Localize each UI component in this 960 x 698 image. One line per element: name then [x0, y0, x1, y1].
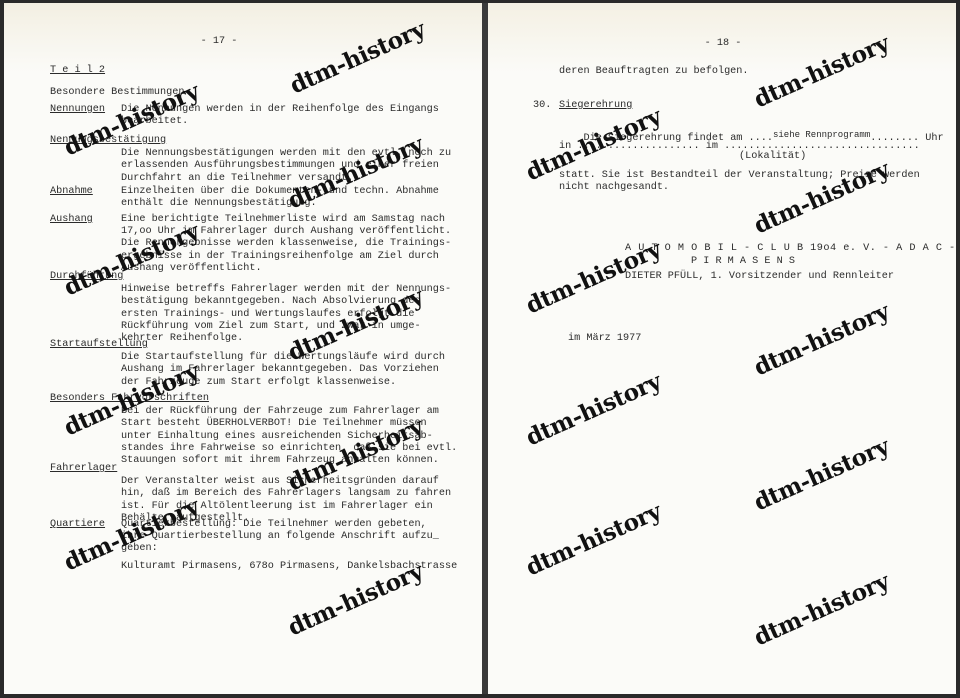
- section-body-line: Einzelheiten über die Dokumenten- und te…: [121, 186, 439, 198]
- section-body-line: bearbeitet.: [121, 116, 188, 128]
- section-title: Siegerehrung: [559, 100, 632, 112]
- section-body-line: Eine berichtigte Teilnehmerliste wird am…: [121, 214, 445, 226]
- section-body-line: Rückführung vom Ziel zum Start, und zwar…: [121, 321, 421, 333]
- section-label: Durchführung: [50, 271, 123, 283]
- document-date: im März 1977: [568, 333, 641, 345]
- section-label: Abnahme: [50, 186, 93, 198]
- section-body-line: ersten Trainings- und Wertungslaufes erf…: [121, 309, 414, 321]
- section-body-line: Die Nennungen werden in der Reihenfolge …: [121, 104, 439, 116]
- continuation-text: deren Beauftragten zu befolgen.: [559, 66, 749, 78]
- section-body-line: geben:: [121, 543, 158, 555]
- section-body-line: ihre Quartierbestellung an folgende Ansc…: [121, 531, 439, 543]
- section-body-line: Aushang veröffentlicht.: [121, 263, 262, 275]
- section-body-line: der Fahrzeuge zum Start erfolgt klassenw…: [121, 377, 396, 389]
- section-body-line: Die Nennungsbestätigungen werden mit den…: [121, 148, 451, 160]
- section-body-line: Aushang im Fahrerlager bekanntgegeben. D…: [121, 364, 439, 376]
- section-body-line: Der Veranstalter weist aus Sicherheitsgr…: [121, 476, 439, 488]
- section-label: Fahrerlager: [50, 463, 117, 475]
- section-number: 30.: [533, 100, 551, 112]
- section-body-line: Start besteht ÜBERHOLVERBOT! Die Teilneh…: [121, 418, 427, 430]
- watermark: dtm-history: [525, 375, 662, 445]
- page-number: - 17 -: [154, 36, 284, 48]
- page-number: - 18 -: [658, 38, 788, 50]
- section-subtitle: Besondere Bestimmungen: [50, 87, 185, 99]
- part-heading: T e i l 2: [50, 65, 105, 77]
- ceremony-text-line: nicht nachgesandt.: [559, 182, 669, 194]
- section-body-line: Die Rennergebnisse werden klassenweise, …: [121, 238, 451, 250]
- watermark: dtm-history: [525, 505, 662, 575]
- document-page-18: - 18 - deren Beauftragten zu befolgen. 3…: [488, 3, 956, 694]
- section-body-line: unter Einhaltung eines ausreichenden Sic…: [121, 431, 433, 443]
- club-city: P I R M A S E N S: [691, 256, 795, 268]
- section-body-line: hin, daß im Bereich des Fahrerlagers lan…: [121, 488, 451, 500]
- section-body-line: Die Startaufstellung für die Wertungsläu…: [121, 352, 445, 364]
- section-body-line: Quartierbestellung: Die Teilnehmer werde…: [121, 519, 427, 531]
- watermark: dtm-history: [289, 23, 426, 93]
- section-label: Startaufstellung: [50, 339, 148, 351]
- document-page-17: - 17 - T e i l 2 Besondere Bestimmungen …: [4, 3, 482, 694]
- section-label: Quartiere: [50, 519, 105, 531]
- section-body-line: bestätigung bekanntgegeben. Nach Absolvi…: [121, 296, 421, 308]
- club-name: A U T O M O B I L - C L U B 19o4 e. V. -…: [625, 243, 956, 255]
- section-body-line: Hinweise betreffs Fahrerlager werden mit…: [121, 284, 451, 296]
- section-body-line: ergebnisse in der Trainingsreihenfolge a…: [121, 251, 439, 263]
- section-body-line: Durchfahrt an die Teilnehmer versandt.: [121, 173, 353, 185]
- ceremony-text-line: statt. Sie ist Bestandteil der Veranstal…: [559, 170, 920, 182]
- section-body-line: enthält die Nennungsbestätigung.: [121, 198, 317, 210]
- section-body-line: Stauungen sofort mit ihrem Fahrzeug anha…: [121, 455, 439, 467]
- section-body-line: Bei der Rückführung der Fahrzeuge zum Fa…: [121, 406, 439, 418]
- watermark: dtm-history: [287, 565, 424, 635]
- watermark: dtm-history: [753, 575, 890, 645]
- section-body-line: Kulturamt Pirmasens, 678o Pirmasens, Dan…: [121, 561, 457, 573]
- section-label: Besonders Fahrvorschriften: [50, 393, 209, 405]
- watermark: dtm-history: [753, 440, 890, 510]
- location-caption: (Lokalität): [739, 151, 806, 163]
- section-label: Nennungsbestätigung: [50, 135, 166, 147]
- section-label: Nennungen: [50, 104, 105, 116]
- section-body-line: 17,oo Uhr im Fahrerlager durch Aushang v…: [121, 226, 451, 238]
- section-body-line: erlassenden Ausführungsbestimmungen und …: [121, 160, 439, 172]
- ceremony-date-fill: siehe Rennprogramm: [773, 130, 870, 140]
- section-body-line: standes ihre Fahrweise so einrichten, da…: [121, 443, 457, 455]
- section-body-line: ist. Für die Altölentleerung ist im Fahr…: [121, 501, 433, 513]
- watermark: dtm-history: [753, 305, 890, 375]
- section-label: Aushang: [50, 214, 93, 226]
- signatory: DIETER PFÜLL, 1. Vorsitzender und Rennle…: [625, 271, 894, 283]
